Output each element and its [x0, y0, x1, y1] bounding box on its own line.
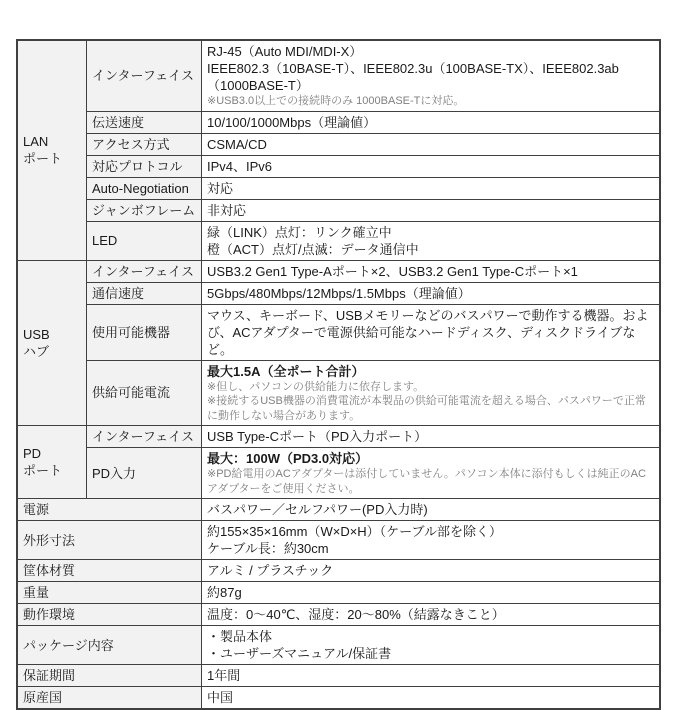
row-power: 電源 バスパワー／セルフパワー(PD入力時) — [17, 499, 660, 521]
row-lan-access: アクセス方式 CSMA/CD — [17, 133, 660, 155]
lan-access-value: CSMA/CD — [202, 133, 661, 155]
environment-label: 動作環境 — [17, 604, 202, 626]
package-label: パッケージ内容 — [17, 626, 202, 665]
origin-value: 中国 — [202, 687, 661, 710]
usb-current-main: 最大1.5A（全ポート合計） — [207, 363, 654, 380]
lan-group-line1: LAN — [23, 133, 81, 150]
lan-protocol-label: 対応プロトコル — [87, 155, 202, 177]
usb-current-label: 供給可能電流 — [87, 360, 202, 426]
row-package: パッケージ内容 ・製品本体 ・ユーザーズマニュアル/保証書 — [17, 626, 660, 665]
lan-led-line2: 橙（ACT）点灯/点滅：データ通信中 — [207, 241, 654, 258]
row-lan-speed: 伝送速度 10/100/1000Mbps（理論値） — [17, 111, 660, 133]
row-lan-jumboframe: ジャンボフレーム 非対応 — [17, 199, 660, 221]
row-material: 筐体材質 アルミ / プラスチック — [17, 560, 660, 582]
material-label: 筐体材質 — [17, 560, 202, 582]
lan-port-group-cell: LAN ポート — [17, 40, 87, 260]
usb-devices-value: マウス、キーボード、USBメモリーなどのバスパワーで動作する機器。および、ACア… — [202, 304, 661, 360]
pd-input-note: ※PD給電用のACアダプターは添付していません。パソコン本体に添付もしくは純正の… — [207, 467, 654, 496]
row-pd-interface: PD ポート インターフェイス USB Type-Cポート（PD入力ポート） — [17, 426, 660, 448]
usb-speed-value: 5Gbps/480Mbps/12Mbps/1.5Mbps（理論値） — [202, 282, 661, 304]
power-label: 電源 — [17, 499, 202, 521]
lan-protocol-value: IPv4、IPv6 — [202, 155, 661, 177]
row-lan-protocol: 対応プロトコル IPv4、IPv6 — [17, 155, 660, 177]
usb-interface-label: インターフェイス — [87, 260, 202, 282]
usb-current-note2: ※接続するUSB機器の消費電流が本製品の供給可能電流を超える場合、バスパワーで正… — [207, 394, 654, 423]
usb-current-value: 最大1.5A（全ポート合計） ※但し、パソコンの供給能力に依存します。 ※接続す… — [202, 360, 661, 426]
pd-interface-label: インターフェイス — [87, 426, 202, 448]
dimensions-label: 外形寸法 — [17, 521, 202, 560]
pd-input-label: PD入力 — [87, 448, 202, 499]
lan-autoneg-label: Auto-Negotiation — [87, 177, 202, 199]
pd-group-line1: PD — [23, 445, 81, 462]
row-usb-interface: USB ハブ インターフェイス USB3.2 Gen1 Type-Aポート×2、… — [17, 260, 660, 282]
lan-interface-value: RJ-45（Auto MDI/MDI-X） IEEE802.3（10BASE-T… — [202, 40, 661, 111]
spec-sheet-page: LAN ポート インターフェイス RJ-45（Auto MDI/MDI-X） I… — [0, 0, 680, 680]
material-value: アルミ / プラスチック — [202, 560, 661, 582]
warranty-label: 保証期間 — [17, 665, 202, 687]
pd-group-line2: ポート — [23, 462, 81, 479]
environment-value: 温度：0～40℃、湿度：20～80%（結露なきこと） — [202, 604, 661, 626]
lan-autoneg-value: 対応 — [202, 177, 661, 199]
row-usb-current: 供給可能電流 最大1.5A（全ポート合計） ※但し、パソコンの供給能力に依存しま… — [17, 360, 660, 426]
usb-hub-group-cell: USB ハブ — [17, 260, 87, 426]
product-spec-table: LAN ポート インターフェイス RJ-45（Auto MDI/MDI-X） I… — [16, 39, 661, 710]
lan-access-label: アクセス方式 — [87, 133, 202, 155]
dimensions-line2: ケーブル長：約30cm — [207, 540, 654, 557]
usb-interface-value: USB3.2 Gen1 Type-Aポート×2、USB3.2 Gen1 Type… — [202, 260, 661, 282]
lan-led-label: LED — [87, 221, 202, 260]
row-weight: 重量 約87g — [17, 582, 660, 604]
weight-value: 約87g — [202, 582, 661, 604]
pd-input-value: 最大：100W（PD3.0対応） ※PD給電用のACアダプターは添付していません… — [202, 448, 661, 499]
row-usb-devices: 使用可能機器 マウス、キーボード、USBメモリーなどのバスパワーで動作する機器。… — [17, 304, 660, 360]
usb-group-line2: ハブ — [23, 343, 81, 360]
lan-jumbo-label: ジャンボフレーム — [87, 199, 202, 221]
row-origin: 原産国 中国 — [17, 687, 660, 710]
row-pd-input: PD入力 最大：100W（PD3.0対応） ※PD給電用のACアダプターは添付し… — [17, 448, 660, 499]
row-lan-interface: LAN ポート インターフェイス RJ-45（Auto MDI/MDI-X） I… — [17, 40, 660, 111]
row-warranty: 保証期間 1年間 — [17, 665, 660, 687]
lan-led-line1: 緑（LINK）点灯：リンク確立中 — [207, 224, 654, 241]
row-dimensions: 外形寸法 約155×35×16mm（W×D×H）（ケーブル部を除く） ケーブル長… — [17, 521, 660, 560]
pd-port-group-cell: PD ポート — [17, 426, 87, 499]
lan-speed-value: 10/100/1000Mbps（理論値） — [202, 111, 661, 133]
weight-label: 重量 — [17, 582, 202, 604]
usb-group-line1: USB — [23, 326, 81, 343]
usb-speed-label: 通信速度 — [87, 282, 202, 304]
lan-interface-line1: RJ-45（Auto MDI/MDI-X） — [207, 43, 654, 60]
row-usb-speed: 通信速度 5Gbps/480Mbps/12Mbps/1.5Mbps（理論値） — [17, 282, 660, 304]
pd-interface-value: USB Type-Cポート（PD入力ポート） — [202, 426, 661, 448]
usb-devices-label: 使用可能機器 — [87, 304, 202, 360]
package-value: ・製品本体 ・ユーザーズマニュアル/保証書 — [202, 626, 661, 665]
usb-current-note1: ※但し、パソコンの供給能力に依存します。 — [207, 380, 654, 395]
lan-group-line2: ポート — [23, 150, 81, 167]
lan-speed-label: 伝送速度 — [87, 111, 202, 133]
row-lan-led: LED 緑（LINK）点灯：リンク確立中 橙（ACT）点灯/点滅：データ通信中 — [17, 221, 660, 260]
row-environment: 動作環境 温度：0～40℃、湿度：20～80%（結露なきこと） — [17, 604, 660, 626]
lan-interface-note: ※USB3.0以上での接続時のみ 1000BASE-Tに対応。 — [207, 94, 654, 109]
lan-led-value: 緑（LINK）点灯：リンク確立中 橙（ACT）点灯/点滅：データ通信中 — [202, 221, 661, 260]
dimensions-value: 約155×35×16mm（W×D×H）（ケーブル部を除く） ケーブル長：約30c… — [202, 521, 661, 560]
lan-interface-line2: IEEE802.3（10BASE-T）、IEEE802.3u（100BASE-T… — [207, 60, 654, 94]
origin-label: 原産国 — [17, 687, 202, 710]
lan-jumbo-value: 非対応 — [202, 199, 661, 221]
dimensions-line1: 約155×35×16mm（W×D×H）（ケーブル部を除く） — [207, 523, 654, 540]
warranty-value: 1年間 — [202, 665, 661, 687]
package-line1: ・製品本体 — [207, 628, 654, 645]
package-line2: ・ユーザーズマニュアル/保証書 — [207, 645, 654, 662]
lan-interface-label: インターフェイス — [87, 40, 202, 111]
row-lan-autonegotiation: Auto-Negotiation 対応 — [17, 177, 660, 199]
power-value: バスパワー／セルフパワー(PD入力時) — [202, 499, 661, 521]
pd-input-main: 最大：100W（PD3.0対応） — [207, 450, 654, 467]
